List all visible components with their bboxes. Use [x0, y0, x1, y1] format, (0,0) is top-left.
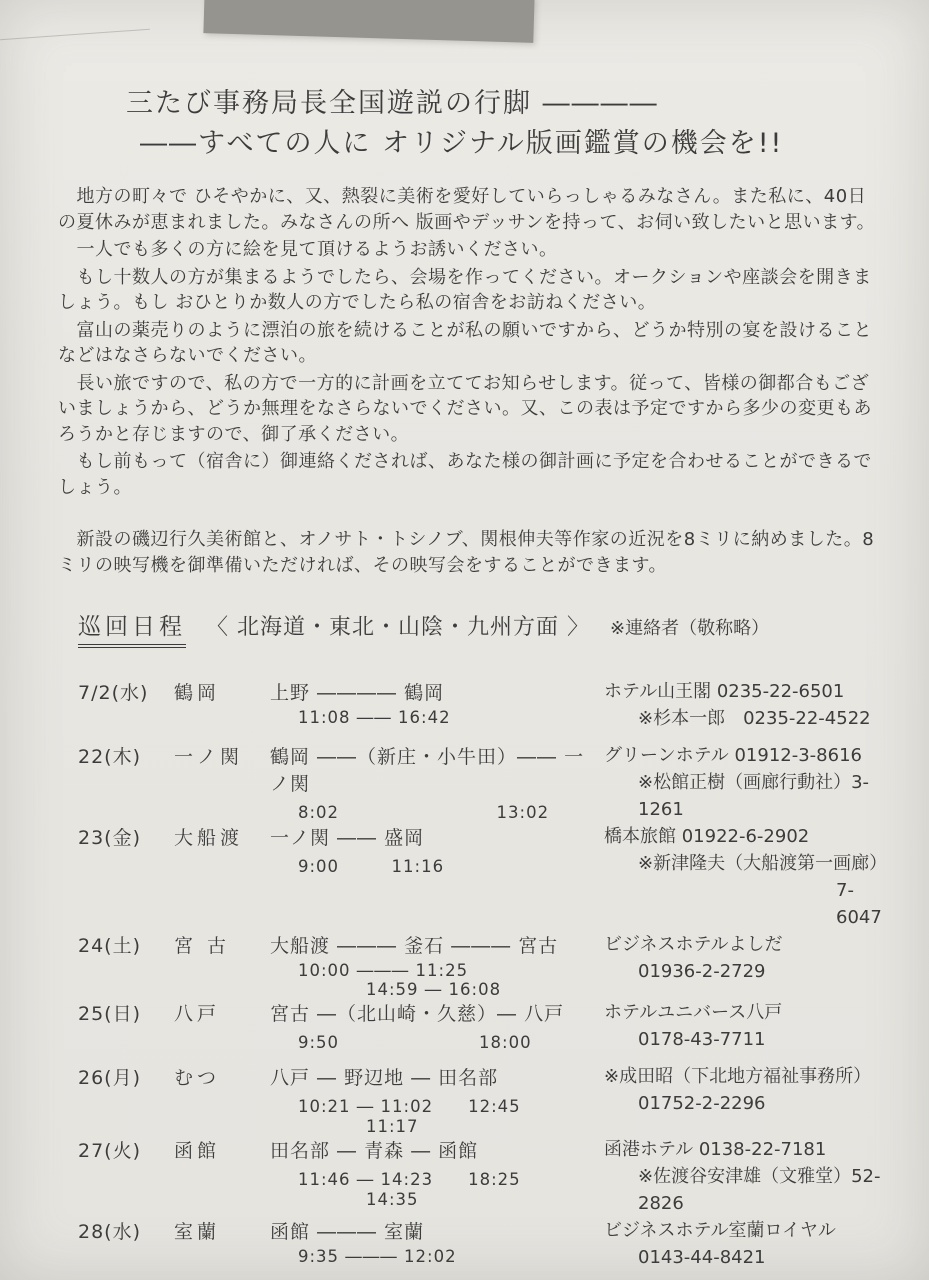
paragraph-greeting: 地方の町々で ひそやかに、又、熱裂に美術を愛好していらっしゃるみなさん。また私に…	[58, 184, 880, 235]
paragraph-venue: もし十数人の方が集まるようでしたら、会場を作ってください。オークションや座談会を…	[58, 265, 880, 316]
contact-line1: ホテルユニバース八戸	[604, 999, 893, 1026]
route-stations: 大船渡 ――― 釜石 ――― 宮古	[270, 931, 588, 958]
route-times-2: 14:35	[270, 1190, 588, 1209]
schedule-row: 7/2(水) 鶴岡 上野 ―――― 鶴岡 11:08 ―― 16:42 ホテル山…	[78, 678, 893, 742]
paragraph-8mm-film: 新設の磯辺行久美術館と、オノサト・トシノブ、関根伸夫等作家の近況を8ミリに納めま…	[58, 527, 880, 578]
schedule-date: 24(土)	[78, 931, 174, 958]
contact-line1: ビジネスホテル室蘭ロイヤル	[604, 1217, 893, 1244]
route-times-2: 14:59 ― 16:08	[270, 980, 588, 999]
paragraph-invite: 一人でも多くの方に絵を見て頂けるようお誘いください。	[58, 237, 880, 263]
route-stations: 上野 ―――― 鶴岡	[270, 678, 588, 705]
paragraph-no-banquet: 富山の薬売りのように漂泊の旅を続けることが私の願いですから、どうか特別の宴を設け…	[58, 318, 880, 369]
schedule-date: 26(月)	[78, 1063, 174, 1090]
schedule-destination: 函館	[174, 1136, 270, 1163]
schedule-title: 巡回日程	[78, 608, 186, 648]
route-stations: 八戸 ― 野辺地 ― 田名部	[270, 1063, 588, 1090]
route-times: 8:02 13:02	[270, 799, 588, 823]
contact-line1: 橋本旅館 01922-6-2902	[604, 823, 893, 850]
schedule-date: 25(日)	[78, 999, 174, 1026]
schedule-destination: 八戸	[174, 999, 270, 1026]
schedule-date: 27(火)	[78, 1136, 174, 1163]
contact-line2: ※新津隆夫（大船渡第一画廊）	[604, 850, 893, 877]
schedule-destination: むつ	[174, 1063, 270, 1090]
paragraph-contact: もし前もって（宿舎に）御連絡くだされば、あなた様の御計画に予定を合わせることがで…	[58, 449, 880, 500]
contact-line2: ※佐渡谷安津雄（文雅堂）52-2826	[604, 1163, 893, 1217]
letter-title: 三たび事務局長全国遊説の行脚 ―――― ――すべての人に オリジナル版画鑑賞の機…	[126, 84, 783, 164]
schedule-route: 一ノ関 ―― 盛岡 9:00 11:16	[270, 823, 588, 877]
route-times: 11:08 ―― 16:42	[270, 708, 588, 727]
schedule-contact: 函港ホテル 0138-22-7181 ※佐渡谷安津雄（文雅堂）52-2826	[588, 1136, 893, 1217]
contact-line2: ※松館正樹（画廊行動社）3-1261	[604, 769, 893, 823]
schedule-date: 28(水)	[78, 1217, 174, 1244]
route-stations: 一ノ関 ―― 盛岡	[270, 823, 588, 850]
schedule-row: 28(水) 室蘭 函館 ――― 室蘭 9:35 ――― 12:02 ビジネスホテ…	[78, 1217, 893, 1280]
contact-line2: 01936-2-2729	[604, 958, 893, 985]
route-times: 10:00 ――― 11:25	[270, 961, 588, 980]
contact-line2: 01752-2-2296	[604, 1090, 893, 1117]
schedule-destination: 室蘭	[174, 1217, 270, 1244]
schedule-contact: グリーンホテル 01912-3-8616 ※松館正樹（画廊行動社）3-1261	[588, 742, 893, 823]
contact-line1: ※成田昭（下北地方福祉事務所）	[604, 1063, 893, 1090]
schedule-contact: ビジネスホテル室蘭ロイヤル 0143-44-8421	[588, 1217, 893, 1271]
route-stations: 宮古 ―（北山崎・久慈）― 八戸	[270, 999, 588, 1026]
schedule-row: 24(土) 宮 古 大船渡 ――― 釜石 ――― 宮古 10:00 ――― 11…	[78, 931, 893, 999]
route-stations: 田名部 ― 青森 ― 函館	[270, 1136, 588, 1163]
schedule-contact: ビジネスホテルよしだ 01936-2-2729	[588, 931, 893, 985]
schedule-contact: ホテル山王閣 0235-22-6501 ※杉本一郎 0235-22-4522	[588, 678, 893, 732]
scanned-letter-page: 三たび事務局長全国遊説の行脚 ―――― ――すべての人に オリジナル版画鑑賞の機…	[0, 0, 929, 1280]
schedule-route: 田名部 ― 青森 ― 函館 11:46 ― 14:23 18:25 14:35	[270, 1136, 588, 1209]
letter-body: 地方の町々で ひそやかに、又、熱裂に美術を愛好していらっしゃるみなさん。また私に…	[58, 184, 880, 580]
schedule-row: 25(日) 八戸 宮古 ―（北山崎・久慈）― 八戸 9:50 18:00 ホテル…	[78, 999, 893, 1063]
route-times: 9:35 ――― 12:02	[270, 1247, 588, 1266]
contact-line2: ※杉本一郎 0235-22-4522	[604, 705, 893, 732]
schedule-route: 函館 ――― 室蘭 9:35 ――― 12:02	[270, 1217, 588, 1266]
schedule-route: 上野 ―――― 鶴岡 11:08 ―― 16:42	[270, 678, 588, 727]
schedule-contact: ホテルユニバース八戸 0178-43-7711	[588, 999, 893, 1053]
route-times: 11:46 ― 14:23 18:25	[270, 1166, 588, 1190]
schedule-contact: ※成田昭（下北地方福祉事務所） 01752-2-2296	[588, 1063, 893, 1117]
schedule-row: 23(金) 大船渡 一ノ関 ―― 盛岡 9:00 11:16 橋本旅館 0192…	[78, 823, 893, 931]
schedule-route: 八戸 ― 野辺地 ― 田名部 10:21 ― 11:02 12:45 11:17	[270, 1063, 588, 1136]
contact-line1: 函港ホテル 0138-22-7181	[604, 1136, 893, 1163]
schedule-row: 26(月) むつ 八戸 ― 野辺地 ― 田名部 10:21 ― 11:02 12…	[78, 1063, 893, 1136]
contact-line1: グリーンホテル 01912-3-8616	[604, 742, 893, 769]
schedule-row: 27(火) 函館 田名部 ― 青森 ― 函館 11:46 ― 14:23 18:…	[78, 1136, 893, 1217]
schedule-route: 宮古 ―（北山崎・久慈）― 八戸 9:50 18:00	[270, 999, 588, 1053]
route-times: 9:00 11:16	[270, 853, 588, 877]
schedule-row: 22(木) 一ノ関 鶴岡 ――（新庄・小牛田）―― 一ノ関 8:02 13:02…	[78, 742, 893, 823]
schedule-destination: 鶴岡	[174, 678, 270, 705]
route-stations: 函館 ――― 室蘭	[270, 1217, 588, 1244]
route-times: 9:50 18:00	[270, 1029, 588, 1053]
route-times: 10:21 ― 11:02 12:45	[270, 1093, 588, 1117]
schedule-region: 〈 北海道・東北・山陰・九州方面 〉	[206, 610, 590, 641]
schedule-route: 鶴岡 ――（新庄・小牛田）―― 一ノ関 8:02 13:02	[270, 742, 588, 823]
route-times-2: 11:17	[270, 1117, 588, 1136]
paper-crease	[0, 29, 150, 40]
tour-schedule: 巡回日程 〈 北海道・東北・山陰・九州方面 〉 ※連絡者（敬称略） 7/2(水)…	[78, 608, 893, 1280]
contact-line2: 0143-44-8421	[604, 1244, 893, 1271]
route-stations: 鶴岡 ――（新庄・小牛田）―― 一ノ関	[270, 742, 588, 796]
contact-line3: 7-6047	[604, 877, 893, 931]
schedule-contact-note: ※連絡者（敬称略）	[610, 614, 769, 640]
paragraph-plan: 長い旅ですので、私の方で一方的に計画を立ててお知らせします。従って、皆様の御都合…	[58, 371, 880, 448]
schedule-header: 巡回日程 〈 北海道・東北・山陰・九州方面 〉 ※連絡者（敬称略）	[78, 608, 893, 648]
contact-line2: 0178-43-7711	[604, 1026, 893, 1053]
schedule-date: 23(金)	[78, 823, 174, 850]
scanner-tape-mark	[203, 0, 534, 43]
schedule-route: 大船渡 ――― 釜石 ――― 宮古 10:00 ――― 11:25 14:59 …	[270, 931, 588, 999]
schedule-destination: 大船渡	[174, 823, 270, 850]
contact-line1: ホテル山王閣 0235-22-6501	[604, 678, 893, 705]
schedule-destination: 宮 古	[174, 931, 270, 958]
schedule-date: 22(木)	[78, 742, 174, 769]
schedule-date: 7/2(水)	[78, 678, 174, 705]
letter-title-line1: 三たび事務局長全国遊説の行脚 ――――	[126, 84, 783, 124]
contact-line1: ビジネスホテルよしだ	[604, 931, 893, 958]
schedule-contact: 橋本旅館 01922-6-2902 ※新津隆夫（大船渡第一画廊） 7-6047	[588, 823, 893, 931]
schedule-destination: 一ノ関	[174, 742, 270, 769]
letter-title-line2: ――すべての人に オリジナル版画鑑賞の機会を!!	[126, 124, 783, 164]
